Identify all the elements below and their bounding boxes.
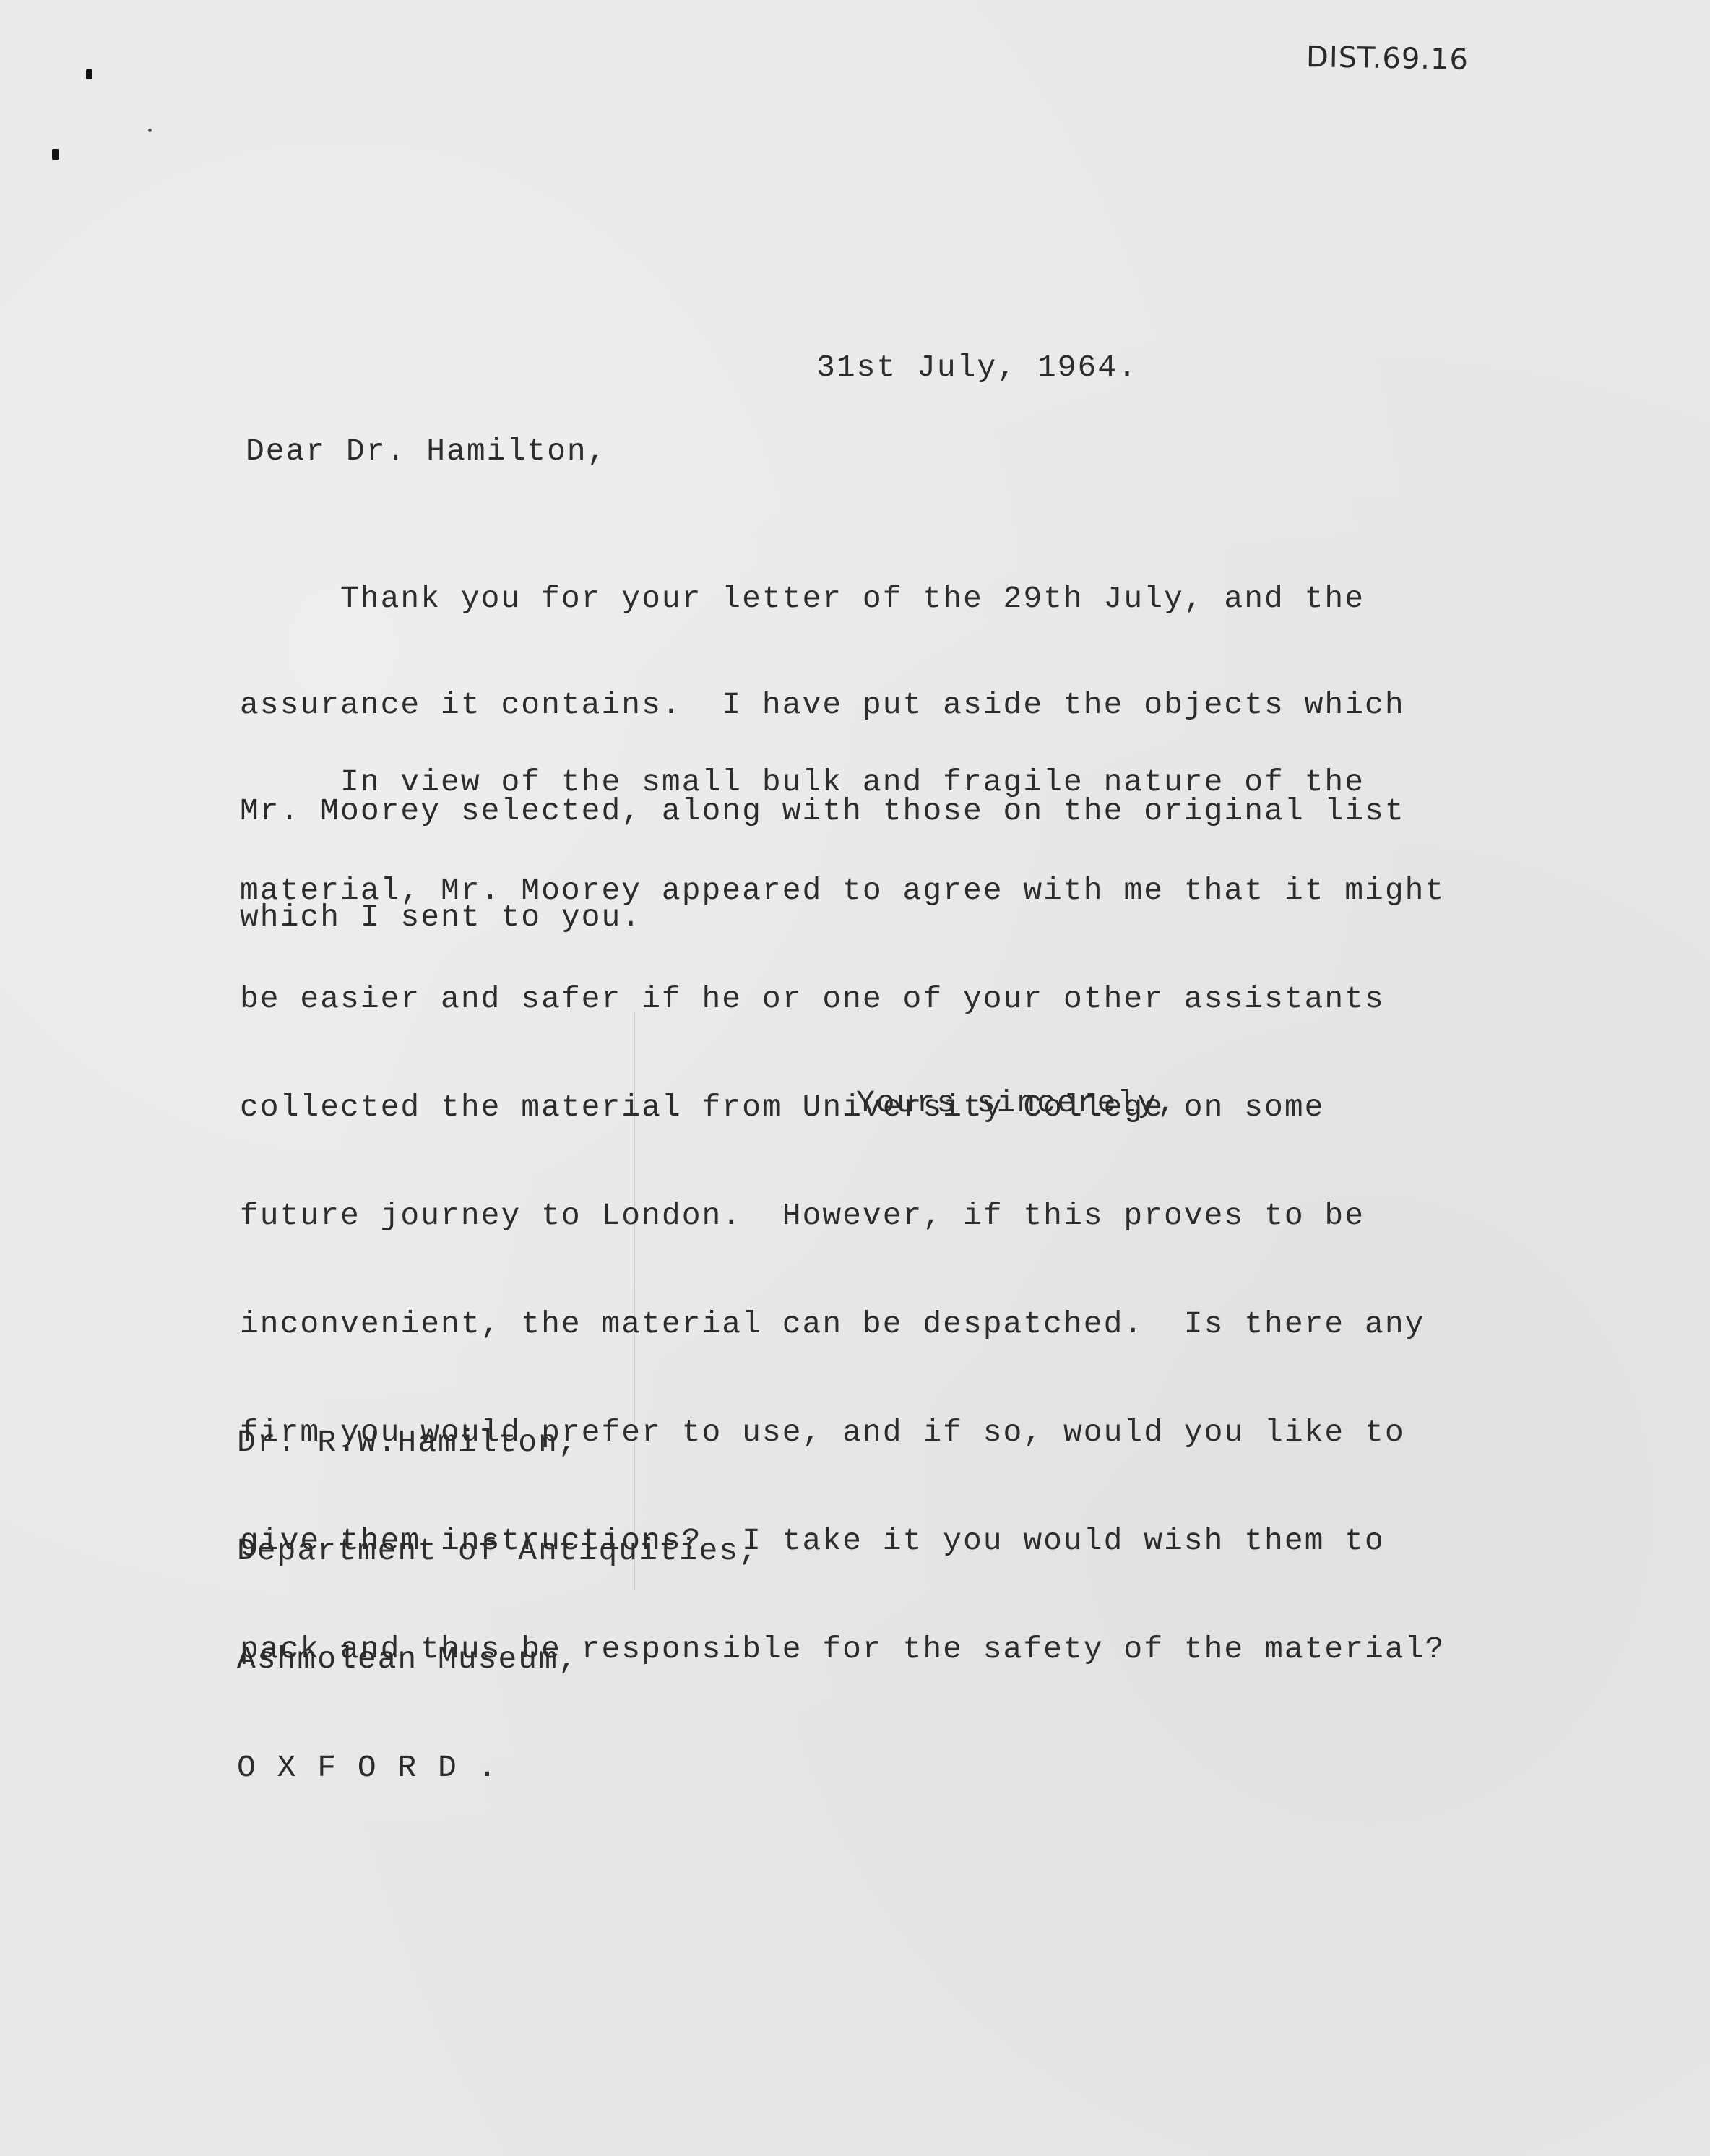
punch-hole-top [86, 69, 92, 79]
letter-closing: Yours sincerely, [856, 1085, 1178, 1121]
letter-date: 31st July, 1964. [816, 350, 1138, 385]
recipient-address: Dr. R.W.Hamilton, Department of Antiquit… [237, 1353, 759, 1858]
paragraph-line: be easier and safer if he or one of your… [240, 981, 1445, 1017]
letter-salutation: Dear Dr. Hamilton, [246, 434, 607, 469]
paragraph-line: collected the material from University C… [240, 1090, 1445, 1126]
archive-reference-mark: DIST.69.16 [1306, 40, 1469, 77]
address-line: Department of Antiquities, [237, 1533, 759, 1569]
address-line: Ashmolean Museum, [237, 1642, 759, 1678]
paragraph-line: In view of the small bulk and fragile na… [240, 764, 1445, 801]
letter-page: DIST.69.16 31st July, 1964. Dear Dr. Ham… [0, 0, 1710, 2156]
paragraph-line: material, Mr. Moorey appeared to agree w… [240, 873, 1445, 909]
punch-hole-bottom [52, 149, 59, 160]
paragraph-line: Thank you for your letter of the 29th Ju… [240, 581, 1405, 616]
paragraph-line: future journey to London. However, if th… [240, 1198, 1445, 1234]
ink-speck [148, 129, 152, 132]
paragraph-line: inconvenient, the material can be despat… [240, 1306, 1445, 1342]
address-line: Dr. R.W.Hamilton, [237, 1425, 759, 1461]
address-line: O X F O R D . [237, 1750, 759, 1786]
